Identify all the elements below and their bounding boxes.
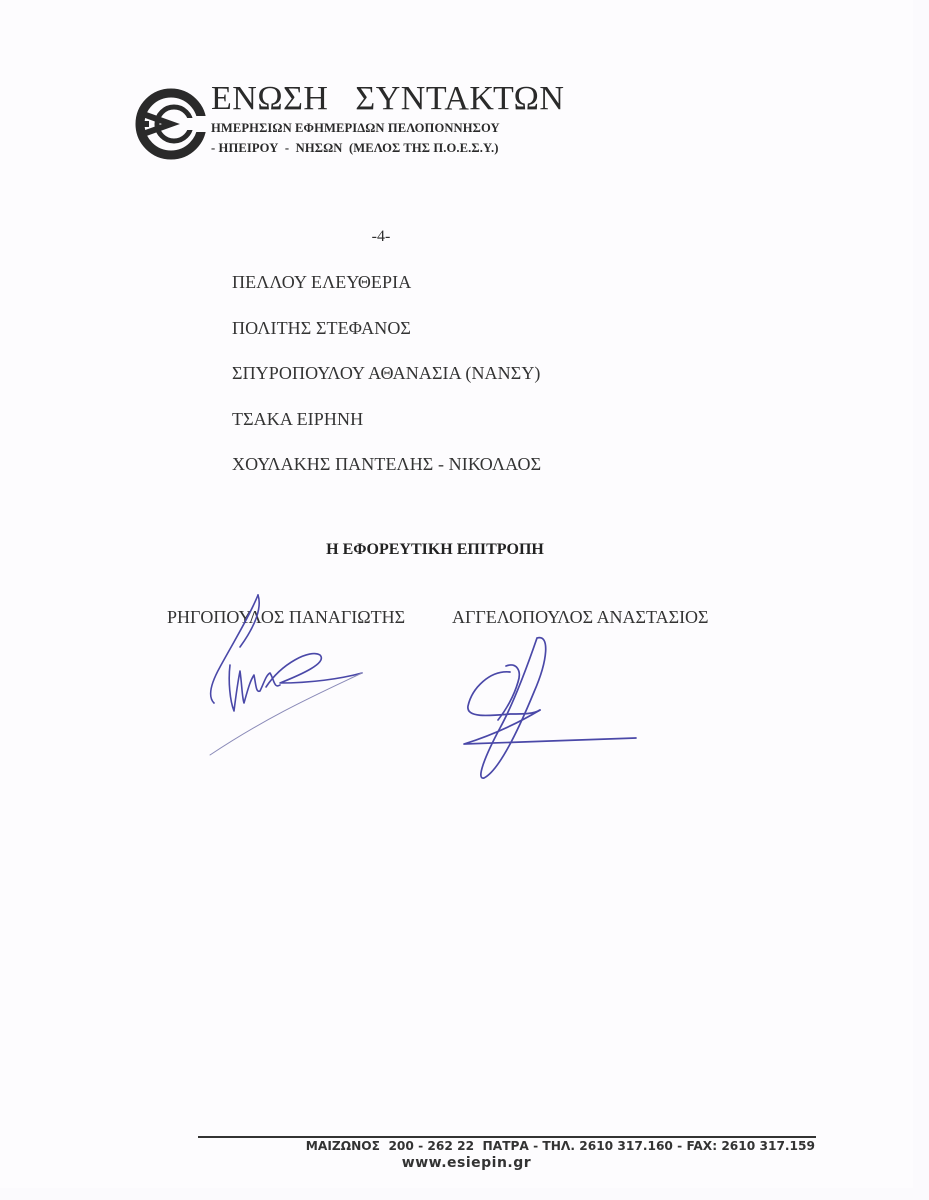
signatory-name-2: ΑΓΓΕΛΟΠΟΥΛΟΣ ΑΝΑΣΤΑΣΙΟΣ [452, 607, 709, 628]
list-item: ΣΠΥΡΟΠΟΥΛΟΥ ΑΘΑΝΑΣΙΑ (ΝΑΝΣΥ) [232, 363, 541, 409]
letterhead: ΕΝΩΣΗ ΣΥΝΤΑΚΤΩΝ ΗΜΕΡΗΣΙΩΝ ΕΦΗΜΕΡΙΔΩΝ ΠΕΛ… [135, 86, 605, 166]
organization-subtitle-line-1: ΗΜΕΡΗΣΙΩΝ ΕΦΗΜΕΡΙΔΩΝ ΠΕΛΟΠΟΝΝΗΣΟΥ [211, 121, 500, 136]
organization-name: ΕΝΩΣΗ ΣΥΝΤΑΚΤΩΝ [211, 80, 564, 118]
committee-title: Η ΕΦΟΡΕΥΤΙΚΗ ΕΠΙΤΡΟΠΗ [0, 541, 870, 559]
footer-website-link[interactable]: www.esiepin.gr [0, 1155, 929, 1171]
page-sheet [0, 0, 913, 1188]
list-item: ΠΟΛΙΤΗΣ ΣΤΕΦΑΝΟΣ [232, 318, 541, 364]
list-item: ΠΕΛΛΟΥ ΕΛΕΥΘΕΡΙΑ [232, 272, 541, 318]
handwritten-signature-icon [170, 585, 380, 775]
footer-divider [198, 1136, 816, 1138]
organization-subtitle-line-2: - ΗΠΕΙΡΟΥ - ΝΗΣΩΝ (ΜΕΛΟΣ ΤΗΣ Π.Ο.Ε.Σ.Υ.) [211, 141, 499, 156]
list-item: ΤΣΑΚΑ ΕΙΡΗΝΗ [232, 409, 541, 455]
footer-address: ΜΑΙΖΩΝΟΣ 200 - 262 22 ΠΑΤΡΑ - ΤΗΛ. 2610 … [205, 1139, 815, 1153]
sigma-circle-logo-icon [135, 88, 207, 160]
page-number: -4- [0, 228, 762, 246]
handwritten-signature-icon [440, 630, 650, 790]
list-item: ΧΟΥΛΑΚΗΣ ΠΑΝΤΕΛΗΣ - ΝΙΚΟΛΑΟΣ [232, 454, 541, 500]
member-list: ΠΕΛΛΟΥ ΕΛΕΥΘΕΡΙΑ ΠΟΛΙΤΗΣ ΣΤΕΦΑΝΟΣ ΣΠΥΡΟΠ… [232, 272, 541, 500]
